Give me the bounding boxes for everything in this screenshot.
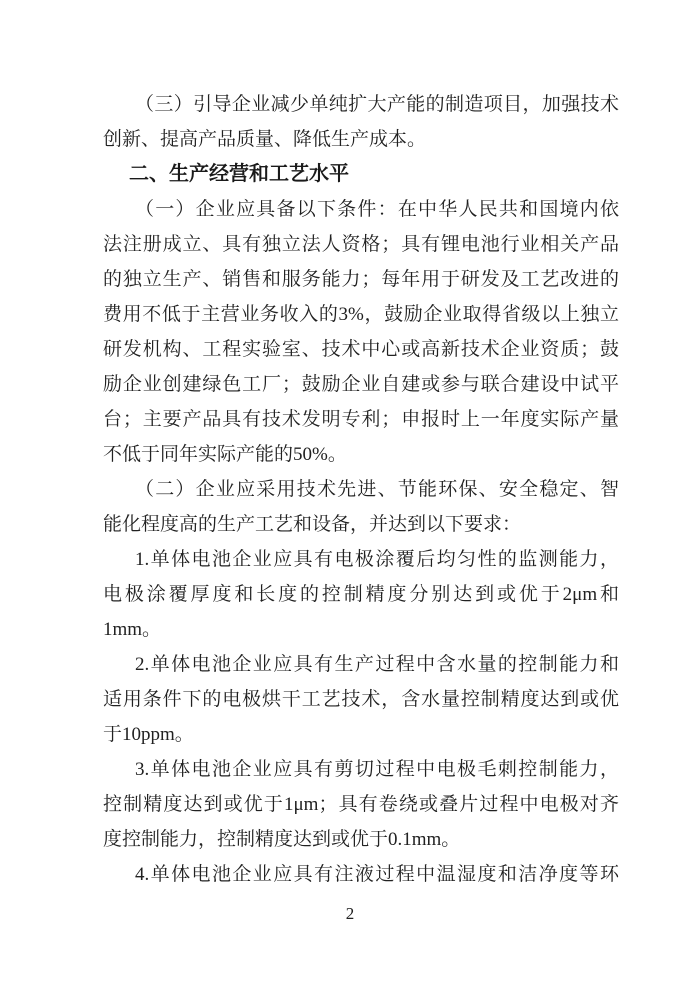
- document-body: （三）引导企业减少单纯扩大产能的制造项目，加强技术创新、提高产品质量、降低生产成…: [103, 87, 619, 892]
- text-line: 3.单体电池企业应具有剪切过程中电极毛刺控制能力，: [103, 752, 619, 787]
- text-line: 1mm。: [103, 612, 619, 647]
- paragraph: （三）引导企业减少单纯扩大产能的制造项目，加强技术创新、提高产品质量、降低生产成…: [103, 87, 619, 157]
- paragraph: 4.单体电池企业应具有注液过程中温湿度和洁净度等环: [103, 857, 619, 892]
- text-line: 费用不低于主营业务收入的3%，鼓励企业取得省级以上独立: [103, 297, 619, 332]
- text-line: 台；主要产品具有技术发明专利；申报时上一年度实际产量: [103, 402, 619, 437]
- paragraph: （一）企业应具备以下条件：在中华人民共和国境内依法注册成立、具有独立法人资格；具…: [103, 192, 619, 472]
- text-line: 法注册成立、具有独立法人资格；具有锂电池行业相关产品: [103, 227, 619, 262]
- page-number: 2: [0, 903, 700, 925]
- text-line: 励企业创建绿色工厂；鼓励企业自建或参与联合建设中试平: [103, 367, 619, 402]
- paragraph: 3.单体电池企业应具有剪切过程中电极毛刺控制能力，控制精度达到或优于1μm；具有…: [103, 752, 619, 857]
- text-line: 适用条件下的电极烘干工艺技术，含水量控制精度达到或优: [103, 682, 619, 717]
- section-heading: 二、生产经营和工艺水平: [103, 157, 619, 192]
- paragraph: 1.单体电池企业应具有电极涂覆后均匀性的监测能力，电极涂覆厚度和长度的控制精度分…: [103, 542, 619, 647]
- text-line: （三）引导企业减少单纯扩大产能的制造项目，加强技术: [103, 87, 619, 122]
- text-line: 2.单体电池企业应具有生产过程中含水量的控制能力和: [103, 647, 619, 682]
- text-line: 电极涂覆厚度和长度的控制精度分别达到或优于2μm和: [103, 577, 619, 612]
- text-line: 的独立生产、销售和服务能力；每年用于研发及工艺改进的: [103, 262, 619, 297]
- text-line: （一）企业应具备以下条件：在中华人民共和国境内依: [103, 192, 619, 227]
- text-line: 研发机构、工程实验室、技术中心或高新技术企业资质；鼓: [103, 332, 619, 367]
- text-line: 控制精度达到或优于1μm；具有卷绕或叠片过程中电极对齐: [103, 787, 619, 822]
- document-page: （三）引导企业减少单纯扩大产能的制造项目，加强技术创新、提高产品质量、降低生产成…: [0, 0, 700, 990]
- text-line: （二）企业应采用技术先进、节能环保、安全稳定、智: [103, 472, 619, 507]
- text-line: 能化程度高的生产工艺和设备，并达到以下要求：: [103, 507, 619, 542]
- text-line: 1.单体电池企业应具有电极涂覆后均匀性的监测能力，: [103, 542, 619, 577]
- text-line: 于10ppm。: [103, 717, 619, 752]
- text-line: 度控制能力，控制精度达到或优于0.1mm。: [103, 822, 619, 857]
- paragraph: 2.单体电池企业应具有生产过程中含水量的控制能力和适用条件下的电极烘干工艺技术，…: [103, 647, 619, 752]
- text-line: 创新、提高产品质量、降低生产成本。: [103, 122, 619, 157]
- text-line: 不低于同年实际产能的50%。: [103, 437, 619, 472]
- paragraph: （二）企业应采用技术先进、节能环保、安全稳定、智能化程度高的生产工艺和设备，并达…: [103, 472, 619, 542]
- text-line: 4.单体电池企业应具有注液过程中温湿度和洁净度等环: [103, 857, 619, 892]
- text-line: 二、生产经营和工艺水平: [103, 157, 619, 192]
